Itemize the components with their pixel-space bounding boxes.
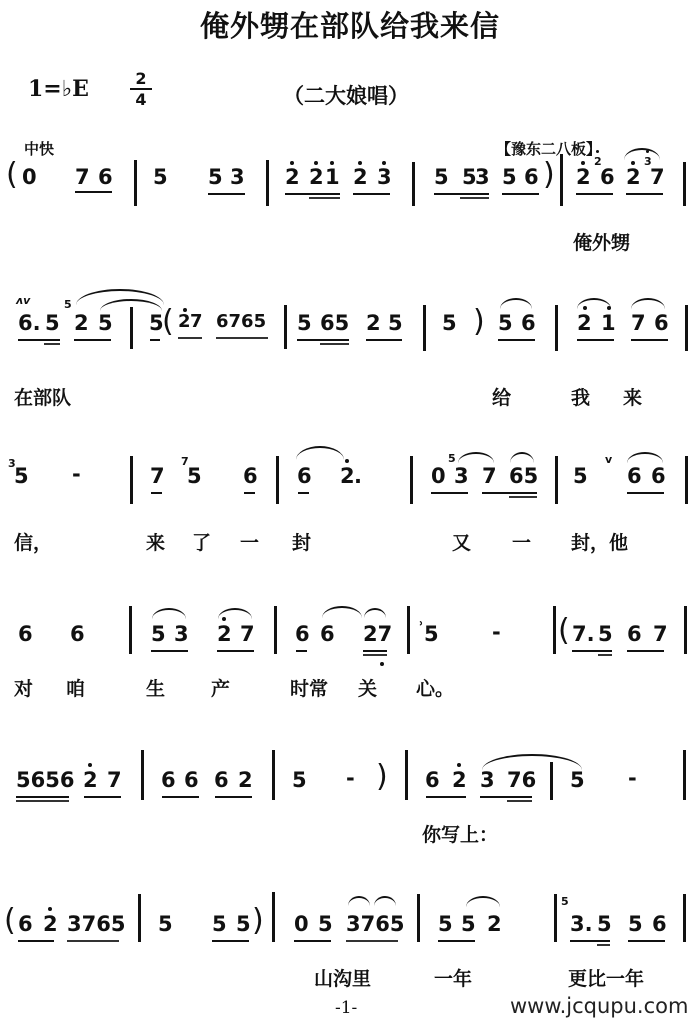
note: 0 bbox=[22, 167, 37, 188]
note: 2 bbox=[577, 313, 592, 334]
note: 6 bbox=[652, 914, 667, 935]
barline bbox=[684, 606, 687, 654]
barline bbox=[683, 750, 686, 800]
underline bbox=[208, 193, 245, 195]
underline bbox=[298, 492, 309, 494]
barline bbox=[138, 894, 141, 942]
lyric: 来 bbox=[623, 383, 642, 410]
slur bbox=[631, 298, 665, 309]
barline bbox=[130, 307, 133, 349]
lyric: 给 bbox=[492, 383, 511, 410]
lyric: 关 bbox=[358, 674, 377, 701]
grace-note: 5 bbox=[448, 453, 456, 464]
lyric: 在部队 bbox=[14, 383, 71, 410]
appoggiatura-mark: ʾ bbox=[418, 620, 424, 636]
underline bbox=[434, 193, 489, 195]
note: 6765 bbox=[216, 313, 266, 331]
lyric: 时常 bbox=[290, 674, 328, 701]
note: 2 bbox=[353, 167, 368, 188]
underline bbox=[426, 796, 466, 798]
lyric: 我 bbox=[571, 383, 590, 410]
note: 6 bbox=[651, 466, 666, 487]
underline bbox=[297, 339, 349, 341]
underline bbox=[628, 940, 665, 942]
key-signature: 1=♭E bbox=[28, 76, 89, 102]
underline bbox=[285, 193, 340, 195]
note: 5 bbox=[236, 914, 251, 935]
close-paren: ) bbox=[376, 762, 388, 792]
note: 2 bbox=[238, 770, 253, 791]
barline bbox=[423, 305, 426, 351]
underline bbox=[151, 650, 188, 652]
underline-double bbox=[346, 940, 398, 942]
note: 5656 bbox=[16, 770, 74, 791]
open-paren: ( bbox=[6, 160, 18, 190]
underline bbox=[577, 339, 614, 341]
note: 27 bbox=[363, 624, 392, 645]
barline bbox=[683, 894, 686, 942]
note: 7 bbox=[150, 466, 165, 487]
underline bbox=[498, 339, 535, 341]
page-title: 俺外甥在部队给我来信 bbox=[0, 4, 700, 45]
underline bbox=[296, 650, 307, 652]
underline bbox=[438, 940, 475, 942]
note: 2 bbox=[366, 313, 381, 334]
note: 5 bbox=[98, 313, 113, 334]
lyric: 了 bbox=[192, 528, 211, 555]
underline-double bbox=[509, 496, 537, 498]
note: 5 bbox=[438, 914, 453, 935]
note: 5 bbox=[208, 167, 223, 188]
slur bbox=[296, 446, 344, 460]
slur bbox=[624, 148, 660, 160]
note: 7 bbox=[190, 313, 203, 331]
note: 3765 bbox=[67, 914, 125, 935]
dash: - bbox=[628, 768, 637, 789]
note: 7 bbox=[482, 466, 497, 487]
slur bbox=[500, 298, 532, 309]
note: 7. bbox=[572, 624, 595, 645]
barline bbox=[554, 894, 557, 942]
close-paren: ) bbox=[252, 906, 264, 936]
barline bbox=[555, 305, 558, 351]
underline bbox=[482, 492, 537, 494]
note: 1 bbox=[601, 313, 616, 334]
underline bbox=[84, 796, 121, 798]
note: 2 bbox=[178, 313, 191, 331]
note: 7 bbox=[240, 624, 255, 645]
underline-double bbox=[597, 944, 610, 946]
octave-dot bbox=[88, 763, 92, 767]
note: 6 bbox=[18, 624, 33, 645]
barline bbox=[266, 160, 269, 206]
barline bbox=[683, 162, 686, 206]
note: 3 bbox=[454, 466, 469, 487]
lyric: 对 bbox=[14, 674, 33, 701]
barline bbox=[550, 762, 553, 800]
underline-double bbox=[598, 654, 612, 656]
lyric: 一 bbox=[512, 528, 531, 555]
underline bbox=[627, 492, 664, 494]
note: 5 bbox=[424, 624, 439, 645]
underline bbox=[294, 940, 331, 942]
lyric: 咱 bbox=[66, 674, 85, 701]
octave-dot bbox=[48, 907, 52, 911]
open-paren: ( bbox=[558, 616, 570, 646]
note: 5 bbox=[434, 167, 449, 188]
octave-dot bbox=[457, 763, 461, 767]
note: 2 bbox=[217, 624, 232, 645]
slur bbox=[510, 452, 534, 463]
note: 5 bbox=[14, 466, 29, 487]
lyric: 心。 bbox=[416, 674, 454, 701]
note: 5 bbox=[318, 914, 333, 935]
lyric: 又 bbox=[452, 528, 471, 555]
underline bbox=[150, 339, 160, 341]
note: 76 bbox=[507, 770, 536, 791]
note: 3 bbox=[174, 624, 189, 645]
note: 2 bbox=[43, 914, 58, 935]
lyric: 山沟里 bbox=[314, 964, 371, 991]
note: 5 bbox=[570, 770, 585, 791]
barline bbox=[129, 606, 132, 654]
underline bbox=[162, 796, 199, 798]
underline bbox=[366, 339, 402, 341]
barline bbox=[272, 892, 275, 942]
note: 5 bbox=[151, 624, 166, 645]
note: 5 bbox=[628, 914, 643, 935]
underline-double bbox=[309, 197, 340, 199]
barline bbox=[274, 606, 277, 654]
underline-double bbox=[16, 800, 69, 802]
underline bbox=[18, 940, 54, 942]
time-signature: 2 4 bbox=[130, 70, 152, 108]
note: 5 bbox=[598, 624, 613, 645]
grace-note: 5 bbox=[561, 896, 569, 907]
watermark: www.jcqupu.com bbox=[510, 994, 688, 1018]
barline bbox=[141, 750, 144, 800]
underline bbox=[217, 650, 254, 652]
note: 5 bbox=[187, 466, 202, 487]
note: 5 bbox=[297, 313, 312, 334]
note: 3 bbox=[377, 167, 392, 188]
octave-dot bbox=[646, 150, 649, 153]
octave-dot bbox=[222, 617, 226, 621]
note: 6. bbox=[18, 313, 41, 334]
barline bbox=[410, 456, 413, 504]
open-paren: ( bbox=[162, 307, 174, 337]
note: 2 bbox=[285, 167, 300, 188]
note: 7 bbox=[653, 624, 668, 645]
lyric: 生 bbox=[146, 674, 165, 701]
note: 6 bbox=[627, 624, 642, 645]
slur bbox=[458, 452, 494, 463]
underline bbox=[75, 191, 112, 193]
note: 5 bbox=[442, 313, 457, 334]
note: 5 bbox=[212, 914, 227, 935]
note: 5 bbox=[461, 914, 476, 935]
underline bbox=[631, 339, 668, 341]
open-paren: ( bbox=[4, 906, 16, 936]
note: 6 bbox=[425, 770, 440, 791]
page-number: -1- bbox=[335, 998, 357, 1018]
note: 2 bbox=[452, 770, 467, 791]
grace-note: 5 bbox=[64, 299, 72, 310]
staff-line-6: ( 6 2 3765 5 5 5 ) 0 5 3765 5 5 2 5 3. 5… bbox=[0, 896, 700, 956]
note: 3. bbox=[570, 914, 593, 935]
underline bbox=[570, 940, 610, 942]
tempo-marking: 中快 bbox=[24, 138, 54, 159]
staff-line-2: ʌv 6. 5 5 2 5 5 ( 2 7 6765 5 65 2 5 5 ) … bbox=[0, 305, 700, 365]
octave-dot bbox=[583, 306, 587, 310]
note: 65 bbox=[509, 466, 538, 487]
note: 5 bbox=[498, 313, 513, 334]
octave-dot bbox=[345, 459, 349, 463]
slur bbox=[374, 896, 396, 906]
note: 1 bbox=[325, 167, 340, 188]
banzi-marking: 【豫东二八板】 bbox=[496, 138, 601, 159]
lyric: 一年 bbox=[434, 964, 472, 991]
lyric: 更比一年 bbox=[568, 964, 644, 991]
note: 6 bbox=[98, 167, 113, 188]
lyric: 来 bbox=[146, 528, 165, 555]
underline bbox=[480, 796, 532, 798]
underline bbox=[215, 796, 252, 798]
note: 2 bbox=[309, 167, 324, 188]
barline bbox=[407, 606, 410, 654]
note: 3765 bbox=[346, 914, 404, 935]
note: 3 bbox=[475, 167, 490, 188]
note: 6 bbox=[161, 770, 176, 791]
staff-line-3: 3 5 - 7 7 5 6 6 2 . 0 5 3 7 65 5 v 6 6 bbox=[0, 458, 700, 518]
barline bbox=[272, 750, 275, 800]
note: 7 bbox=[75, 167, 90, 188]
note: 3 bbox=[230, 167, 245, 188]
slur bbox=[152, 608, 186, 619]
note: 5 bbox=[573, 466, 588, 487]
note: 5 bbox=[388, 313, 403, 334]
barline bbox=[412, 162, 415, 206]
underline bbox=[627, 650, 664, 652]
dash: - bbox=[346, 768, 355, 789]
note: 5 bbox=[153, 167, 168, 188]
note: 7 bbox=[650, 167, 665, 188]
note: 6 bbox=[320, 624, 335, 645]
note: 6 bbox=[654, 313, 669, 334]
slur bbox=[627, 452, 663, 463]
note: 3 bbox=[480, 770, 495, 791]
lyric: 信， bbox=[14, 528, 52, 555]
note: 6 bbox=[627, 466, 642, 487]
note: 6 bbox=[524, 167, 539, 188]
underline bbox=[626, 193, 663, 195]
underline bbox=[244, 492, 255, 494]
lyric: 封 bbox=[292, 528, 311, 555]
note: 2 bbox=[576, 167, 591, 188]
barline bbox=[417, 894, 420, 942]
note: 2 bbox=[74, 313, 89, 334]
underline bbox=[74, 339, 111, 341]
note: 5 bbox=[292, 770, 307, 791]
underline bbox=[572, 650, 612, 652]
underline bbox=[353, 193, 390, 195]
barline bbox=[276, 456, 279, 504]
augmentation-dot: . bbox=[354, 466, 362, 487]
octave-dot bbox=[596, 150, 599, 153]
slur bbox=[364, 608, 386, 618]
note: 7 bbox=[631, 313, 646, 334]
note: 6 bbox=[214, 770, 229, 791]
underline-double bbox=[460, 197, 489, 199]
octave-dot-low bbox=[380, 662, 384, 666]
close-paren: ) bbox=[473, 307, 485, 337]
time-denominator: 4 bbox=[130, 91, 152, 108]
lyric: 一 bbox=[240, 528, 259, 555]
note: 6 bbox=[243, 466, 258, 487]
lyric: 俺外甥 bbox=[573, 228, 630, 255]
underline-double bbox=[363, 654, 387, 656]
note: 2 bbox=[626, 167, 641, 188]
note: 5 bbox=[45, 313, 60, 334]
note: 2 bbox=[83, 770, 98, 791]
note: 6 bbox=[184, 770, 199, 791]
singer-label: （二大娘唱） bbox=[283, 80, 409, 110]
tie-arrow bbox=[322, 606, 362, 618]
note: 0 bbox=[431, 466, 446, 487]
staff-line-4: 6 6 5 3 2 7 6 6 27 ʾ 5 - ( 7. 5 6 7 bbox=[0, 604, 700, 664]
underline bbox=[363, 650, 387, 652]
barline bbox=[685, 456, 688, 504]
underline-double bbox=[178, 337, 202, 339]
time-numerator: 2 bbox=[130, 70, 152, 87]
breath-mark: v bbox=[605, 454, 612, 465]
barline bbox=[284, 305, 287, 349]
barline bbox=[134, 160, 137, 206]
underline bbox=[18, 339, 60, 341]
note: 0 bbox=[294, 914, 309, 935]
slur bbox=[348, 896, 370, 906]
barline bbox=[130, 456, 133, 504]
close-paren: ) bbox=[543, 160, 555, 190]
underline bbox=[151, 492, 162, 494]
trill-ornament: ʌv bbox=[16, 295, 30, 306]
staff-line-1: ( 0 7 6 5 5 3 2 2 1 2 3 5 5 3 5 6 ) 2 2 … bbox=[0, 160, 700, 220]
note: 65 bbox=[320, 313, 349, 334]
underline bbox=[576, 193, 613, 195]
barline bbox=[555, 456, 558, 504]
note: 2 bbox=[340, 466, 355, 487]
underline-double bbox=[67, 940, 119, 942]
lyric: 你写上： bbox=[422, 820, 498, 847]
underline bbox=[502, 193, 539, 195]
note: 6 bbox=[70, 624, 85, 645]
underline-double bbox=[507, 800, 532, 802]
underline bbox=[212, 940, 249, 942]
note: 6 bbox=[600, 167, 615, 188]
barline bbox=[560, 154, 563, 206]
note: 2 bbox=[487, 914, 502, 935]
barline bbox=[685, 305, 688, 351]
note: 5 bbox=[158, 914, 173, 935]
underline-double bbox=[216, 337, 268, 339]
lyric: 产 bbox=[211, 674, 230, 701]
underline bbox=[16, 796, 69, 798]
barline bbox=[405, 750, 408, 800]
underline-double bbox=[44, 343, 60, 345]
note: 6 bbox=[521, 313, 536, 334]
underline-double bbox=[320, 343, 349, 345]
note: 6 bbox=[295, 624, 310, 645]
note: 5 bbox=[597, 914, 612, 935]
note: 5 bbox=[502, 167, 517, 188]
dash: - bbox=[72, 464, 81, 485]
slur bbox=[466, 896, 500, 907]
barline bbox=[553, 606, 556, 654]
staff-line-5: 5656 2 7 6 6 6 2 5 - ) 6 2 3 76 5 - bbox=[0, 750, 700, 810]
note: 7 bbox=[107, 770, 122, 791]
dash: - bbox=[492, 622, 501, 643]
lyric: 封，他 bbox=[571, 528, 628, 555]
note: 6 bbox=[297, 466, 312, 487]
note: 6 bbox=[18, 914, 33, 935]
underline bbox=[431, 492, 468, 494]
octave-dot bbox=[607, 306, 611, 310]
